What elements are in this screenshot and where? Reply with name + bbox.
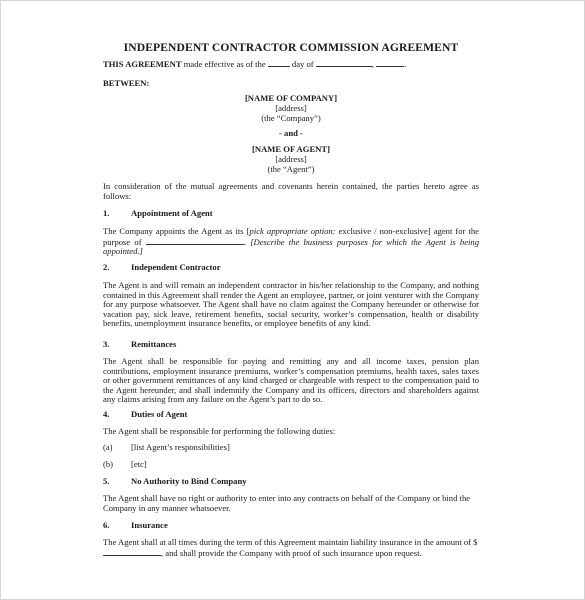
duty-item: (b)[etc] <box>103 460 479 470</box>
intro-lead: THIS AGREEMENT <box>103 59 182 69</box>
document-page: INDEPENDENT CONTRACTOR COMMISSION AGREEM… <box>0 0 585 600</box>
section-1-body: The Company appoints the Agent as its [p… <box>103 227 479 257</box>
document-title: INDEPENDENT CONTRACTOR COMMISSION AGREEM… <box>103 41 479 54</box>
intro-line: THIS AGREEMENT made effective as of the … <box>103 59 479 70</box>
section-3-body: The Agent shall be responsible for payin… <box>103 357 479 405</box>
purpose-blank[interactable] <box>146 237 244 245</box>
recital-paragraph: In consideration of the mutual agreement… <box>103 182 479 201</box>
section-6-heading: 6.Insurance <box>103 521 479 531</box>
duty-item: (a)[list Agent’s responsibilities] <box>103 443 479 453</box>
section-5-heading: 5.No Authority to Bind Company <box>103 477 479 487</box>
month-blank[interactable] <box>316 59 372 67</box>
between-label: BETWEEN: <box>103 79 479 89</box>
section-6-body: The Agent shall at all times during the … <box>103 538 479 558</box>
section-1-heading: 1.Appointment of Agent <box>103 209 479 219</box>
section-5-body: The Agent shall have no right or authori… <box>103 494 479 513</box>
insurance-amount-blank[interactable] <box>103 548 161 556</box>
section-2-body: The Agent is and will remain an independ… <box>103 281 479 329</box>
section-2-heading: 2.Independent Contractor <box>103 263 479 273</box>
company-alias: (the “Company”) <box>103 114 479 124</box>
day-blank[interactable] <box>268 59 290 67</box>
section-4-body: The Agent shall be responsible for perfo… <box>103 427 479 437</box>
year-blank[interactable] <box>376 59 404 67</box>
agent-alias: (the “Agent”) <box>103 165 479 175</box>
section-3-heading: 3.Remittances <box>103 340 479 350</box>
and-separator: - and - <box>103 129 479 139</box>
section-4-heading: 4.Duties of Agent <box>103 410 479 420</box>
